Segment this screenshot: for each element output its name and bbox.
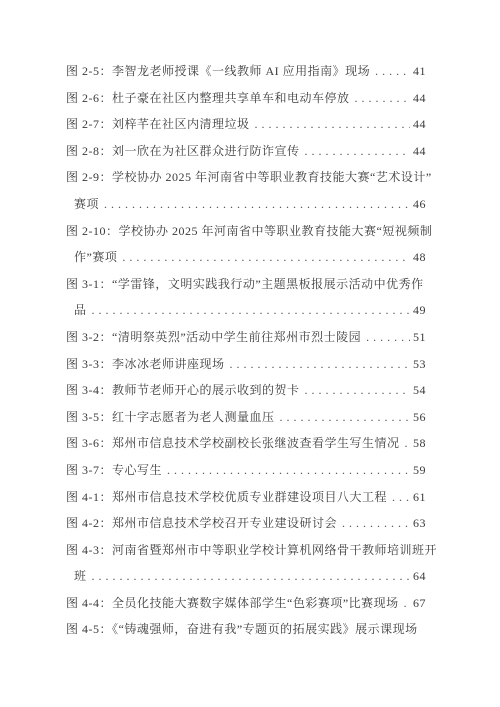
- page-number: 59: [413, 457, 426, 484]
- figure-entry-line: 图 3-2：“清明祭英烈”活动中学生前往郑州市烈士陵园.............…: [66, 324, 426, 351]
- figure-entry-continuation-line: 班.......................................…: [66, 563, 426, 590]
- figure-entry-line: 图 2-5：李智龙老师授课《一线教师 AI 应用指南》现场...........…: [66, 58, 426, 85]
- figure-entry-text: 图 4-1：郑州市信息技术学校优质专业群建设项目八大工程: [66, 484, 387, 511]
- dot-leader: ........................................…: [355, 85, 411, 112]
- figure-entry-text: 图 2-9：学校协办 2025 年河南省中等职业教育技能大赛“艺术设计”: [66, 164, 432, 191]
- dot-leader: ........................................…: [104, 191, 410, 218]
- figure-entry-text: 图 2-10：学校协办 2025 年河南省中等职业教育技能大赛“短视频制: [66, 218, 432, 245]
- figure-entry-text: 赛项: [74, 191, 99, 218]
- figure-entry-text: 图 2-7：刘梓芊在社区内清理垃圾: [66, 111, 250, 138]
- figure-entry-text: 图 4-2：郑州市信息技术学校召开专业建设研讨会: [66, 510, 337, 537]
- figure-entry-text: 图 3-4：教师节老师开心的展示收到的贺卡: [66, 377, 300, 404]
- figure-entry-line: 图 3-5：红十字志愿者为老人测量血压.....................…: [66, 404, 426, 431]
- figure-entry-continuation-line: 品.......................................…: [66, 297, 426, 324]
- figure-entry-line: 图 2-9：学校协办 2025 年河南省中等职业教育技能大赛“艺术设计”: [66, 164, 426, 191]
- dot-leader: ........................................…: [280, 404, 411, 431]
- dot-leader: ........................................…: [342, 510, 410, 537]
- dot-leader: ........................................…: [305, 377, 411, 404]
- dot-leader: ........................................…: [122, 244, 410, 271]
- figure-entry-text: 图 2-8：刘一欣在为社区群众进行防诈宣传: [66, 138, 300, 165]
- figure-entry-line: 图 4-4：全员化技能大赛数字媒体部学生“色彩赛项”比赛现场..........…: [66, 590, 426, 617]
- dot-leader: ........................................…: [366, 324, 410, 351]
- page-number: 49: [413, 297, 426, 324]
- figure-list: 图 2-5：李智龙老师授课《一线教师 AI 应用指南》现场...........…: [66, 58, 426, 643]
- dot-leader: ........................................…: [375, 58, 410, 85]
- figure-entry-text: 图 3-3：李冰冰老师讲座现场: [66, 351, 225, 378]
- figure-entry-line: 图 4-2：郑州市信息技术学校召开专业建设研讨会................…: [66, 510, 426, 537]
- document-page: 图 2-5：李智龙老师授课《一线教师 AI 应用指南》现场...........…: [0, 0, 500, 707]
- figure-entry-text: 图 3-5：红十字志愿者为老人测量血压: [66, 404, 275, 431]
- page-number: 44: [413, 138, 426, 165]
- page-number: 67: [413, 590, 426, 617]
- figure-entry-text: 品: [74, 297, 87, 324]
- dot-leader: ........................................…: [404, 590, 410, 617]
- figure-entry-line: 图 4-1：郑州市信息技术学校优质专业群建设项目八大工程............…: [66, 484, 426, 511]
- page-number: 61: [413, 484, 426, 511]
- dot-leader: ........................................…: [305, 138, 411, 165]
- figure-entry-text: 图 4-3：河南省暨郑州市中等职业学校计算机网络骨干教师培训班开: [66, 537, 437, 564]
- page-number: 44: [413, 85, 426, 112]
- figure-entry-line: 图 4-3：河南省暨郑州市中等职业学校计算机网络骨干教师培训班开: [66, 537, 426, 564]
- figure-entry-line: 图 3-6：郑州市信息技术学校副校长张继波查看学生写生情况...........…: [66, 430, 426, 457]
- page-number: 44: [413, 111, 426, 138]
- figure-entry-text: 班: [74, 563, 87, 590]
- figure-entry-text: 图 3-2：“清明祭英烈”活动中学生前往郑州市烈士陵园: [66, 324, 361, 351]
- dot-leader: ........................................…: [92, 297, 410, 324]
- dot-leader: ........................................…: [230, 351, 411, 378]
- figure-entry-text: 图 3-6：郑州市信息技术学校副校长张继波查看学生写生情况: [66, 430, 400, 457]
- figure-entry-line: 图 3-4：教师节老师开心的展示收到的贺卡...................…: [66, 377, 426, 404]
- page-number: 41: [413, 58, 426, 85]
- dot-leader: ........................................…: [92, 563, 410, 590]
- figure-entry-continuation-line: 赛项......................................…: [66, 191, 426, 218]
- page-number: 64: [413, 563, 426, 590]
- figure-entry-text: 作”赛项: [74, 244, 117, 271]
- page-number: 53: [413, 351, 426, 378]
- page-number: 51: [413, 324, 426, 351]
- figure-entry-text: 图 2-5：李智龙老师授课《一线教师 AI 应用指南》现场: [66, 58, 370, 85]
- page-number: 58: [413, 430, 426, 457]
- figure-entry-continuation-line: 作”赛项....................................…: [66, 244, 426, 271]
- figure-entry-line: 图 2-7：刘梓芊在社区内清理垃圾.......................…: [66, 111, 426, 138]
- page-number: 63: [413, 510, 426, 537]
- dot-leader: ........................................…: [405, 430, 411, 457]
- figure-entry-line: 图 3-3：李冰冰老师讲座现场.........................…: [66, 351, 426, 378]
- page-number: 48: [413, 244, 426, 271]
- figure-entry-line: 图 2-6：杜子豪在社区内整理共享单车和电动车停放...............…: [66, 85, 426, 112]
- figure-entry-text: 图 2-6：杜子豪在社区内整理共享单车和电动车停放: [66, 85, 350, 112]
- figure-entry-text: 图 4-4：全员化技能大赛数字媒体部学生“色彩赛项”比赛现场: [66, 590, 399, 617]
- figure-entry-line: 图 2-10：学校协办 2025 年河南省中等职业教育技能大赛“短视频制: [66, 218, 426, 245]
- dot-leader: ........................................…: [392, 484, 410, 511]
- figure-entry-line: 图 3-1：“学雷锋，文明实践我行动”主题黑板报展示活动中优秀作: [66, 271, 426, 298]
- figure-entry-line: 图 4-5：《“铸魂强师，奋进有我”专题页的拓展实践》展示课现场: [66, 616, 426, 643]
- figure-entry-line: 图 3-7：专心写生..............................…: [66, 457, 426, 484]
- figure-entry-text: 图 3-1：“学雷锋，文明实践我行动”主题黑板报展示活动中优秀作: [66, 271, 424, 298]
- figure-entry-text: 图 3-7：专心写生: [66, 457, 162, 484]
- figure-entry-line: 图 2-8：刘一欣在为社区群众进行防诈宣传...................…: [66, 138, 426, 165]
- figure-entry-text: 图 4-5：《“铸魂强师，奋进有我”专题页的拓展实践》展示课现场: [66, 616, 418, 643]
- page-number: 54: [413, 377, 426, 404]
- dot-leader: ........................................…: [167, 457, 410, 484]
- page-number: 56: [413, 404, 426, 431]
- page-number: 46: [413, 191, 426, 218]
- dot-leader: ........................................…: [255, 111, 411, 138]
